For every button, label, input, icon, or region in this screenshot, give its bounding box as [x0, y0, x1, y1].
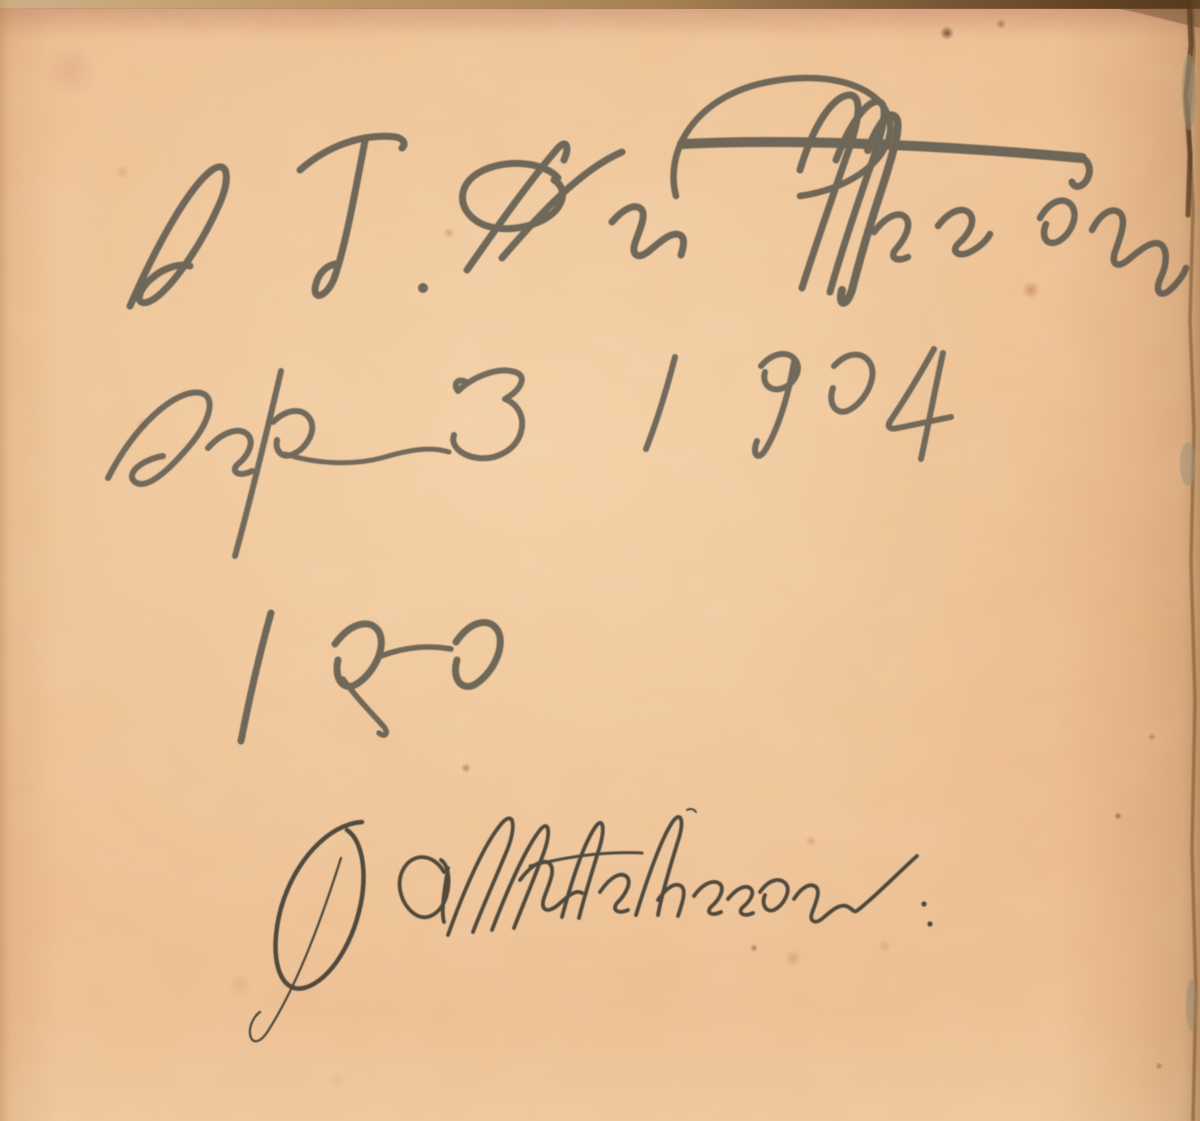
edge-gray-patch [1182, 54, 1196, 130]
pencil-stroke [794, 856, 917, 922]
edge-gray-patch [1186, 979, 1198, 1031]
inscription-date [108, 349, 951, 556]
pencil-stroke [241, 613, 271, 741]
pencil-dot [921, 901, 926, 906]
pencil-stroke [208, 431, 252, 474]
pencil-stroke [448, 818, 513, 935]
pencil-stroke [562, 823, 603, 918]
corner-stain [1095, 0, 1200, 28]
pencil-stroke [453, 370, 522, 458]
pencil-stroke [315, 141, 365, 295]
pencil-stroke [456, 622, 501, 686]
pencil-stroke [285, 449, 449, 463]
inscription-owner-name [130, 78, 1186, 306]
pencil-stroke [130, 167, 226, 306]
pencil-stroke [687, 809, 696, 812]
pencil-stroke [938, 210, 990, 254]
pencil-stroke [381, 647, 451, 656]
pencil-dot [418, 283, 428, 293]
pencil-stroke [108, 393, 210, 484]
pencil-stroke [273, 411, 312, 456]
pencil-stroke [755, 362, 794, 456]
pencil-stroke [250, 858, 341, 1041]
pencil-stroke [728, 887, 753, 915]
pencil-stroke [874, 214, 908, 259]
pencil-stroke [276, 822, 364, 989]
pencil-stroke [694, 882, 722, 914]
pencil-stroke [646, 357, 675, 449]
pencil-stroke [831, 355, 872, 412]
inscription-number [241, 613, 500, 741]
inscription-signature [250, 809, 933, 1041]
page-right-edge-detail [1095, 0, 1200, 1121]
pencil-dot [927, 921, 932, 926]
pencil-stroke [1040, 201, 1074, 243]
pencil-stroke [1092, 210, 1186, 293]
pencil-stroke [343, 679, 386, 735]
pencil-stroke [300, 136, 404, 170]
pencil-stroke [462, 163, 562, 228]
pencil-stroke [760, 880, 788, 911]
edge-gray-patch [1180, 442, 1196, 486]
scanned-page: L T. Hutcheson Sep 3 1904 100 J. A. Hutc… [0, 0, 1200, 1121]
pencil-stroke [612, 207, 684, 256]
handwriting-layer [0, 0, 1200, 1121]
pencil-stroke [600, 875, 629, 912]
